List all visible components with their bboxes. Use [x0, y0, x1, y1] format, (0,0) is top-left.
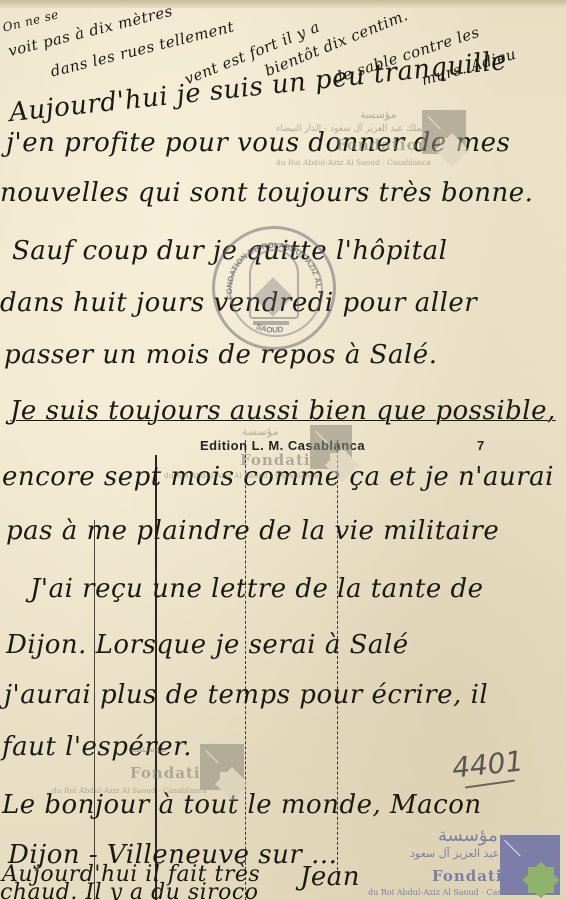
- watermark-arabic-title: مؤسسة: [130, 742, 167, 755]
- stamp-ring-text: FONDATION DU ROI ABDUL AZIZ AL SAOUD: [215, 229, 333, 347]
- letter-line: Dijon. Lorsque je serai à Salé: [6, 630, 409, 660]
- watermark-star-icon: [330, 453, 346, 469]
- letter-line: chaud. Il y a du siroco: [0, 880, 259, 900]
- foundation-watermark: مؤسسة Fondation du Roi Abdul-Aziz Al Sao…: [164, 425, 364, 485]
- letter-line: j'aurai plus de temps pour écrire, il: [4, 680, 488, 710]
- watermark-star-icon: [440, 138, 456, 154]
- address-line-dashed-1: [245, 440, 246, 900]
- postcard-back: On ne se voit pas à dix mètres dans les …: [0, 0, 566, 900]
- letter-line: pas à me plaindre de la vie militaire: [6, 516, 499, 546]
- watermark-arabic-title: مؤسسة: [242, 425, 279, 438]
- signature: Jean: [300, 862, 360, 892]
- watermark-arabic-title: مؤسسة: [360, 108, 397, 121]
- watermark-caption: du Roi Abdul-Aziz Al Saoud - Casablanca: [52, 786, 207, 795]
- svg-text:FONDATION DU ROI ABDUL AZIZ AL: FONDATION DU ROI ABDUL AZIZ AL: [225, 241, 323, 300]
- foundation-watermark: مؤسسة الملك عبد العزيز آل سعود - الدار ا…: [276, 108, 476, 168]
- logo-star-icon: [528, 867, 554, 893]
- watermark-caption: du Roi Abdul-Aziz Al Saoud - Casablanca: [164, 471, 319, 480]
- letter-line: Je suis toujours aussi bien que possible…: [10, 396, 556, 426]
- logo-arabic-title: مؤسسة: [438, 825, 498, 846]
- watermark-arabic-subtitle: الملك عبد العزيز آل سعود - الدار البيضاء: [276, 124, 427, 134]
- scan-edge: [0, 0, 566, 8]
- letter-line: J'ai reçu une lettre de la tante de: [30, 574, 484, 604]
- watermark-title: Fondation: [336, 136, 430, 154]
- watermark-star-icon: [220, 772, 236, 788]
- foundation-stamp: FONDATION DU ROI ABDUL AZIZ AL SAOUD: [212, 226, 336, 350]
- foundation-watermark: مؤسسة Fondation du Roi Abdul-Aziz Al Sao…: [50, 742, 270, 802]
- card-number: 7: [477, 438, 484, 453]
- letter-line: nouvelles qui sont toujours très bonne.: [0, 178, 533, 208]
- svg-text:SAOUD: SAOUD: [255, 322, 285, 335]
- foundation-logo: مؤسسة الملك عبد العزيز آل سعود Fondation…: [400, 825, 566, 900]
- watermark-caption: du Roi Abdul-Aziz Al Saoud - Casablanca: [276, 158, 431, 167]
